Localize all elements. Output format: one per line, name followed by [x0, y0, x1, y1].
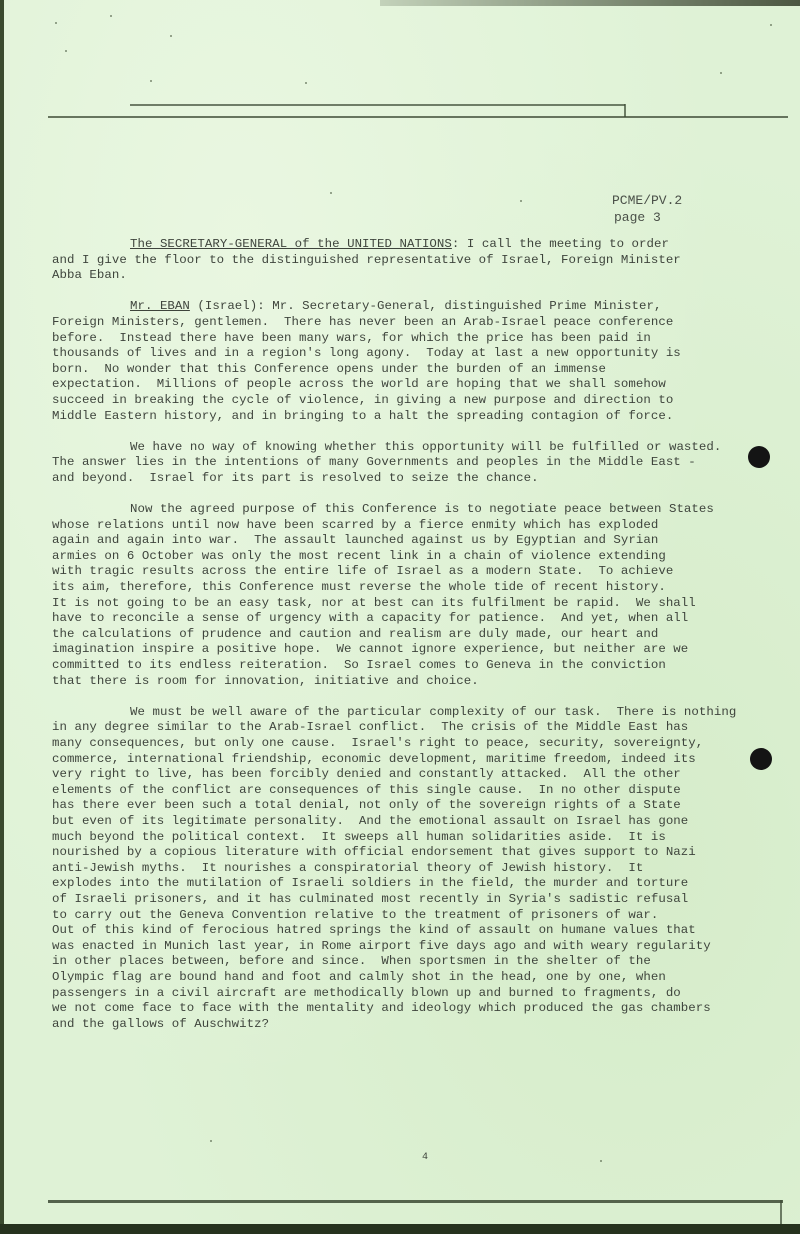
speck — [110, 15, 112, 17]
paragraph-agreed-purpose: Now the agreed purpose of this Conferenc… — [52, 502, 782, 689]
paragraph-opportunity: We have no way of knowing whether this o… — [52, 440, 782, 487]
speck — [520, 200, 522, 202]
speaker-name: The SECRETARY-GENERAL of the UNITED NATI… — [130, 237, 452, 251]
header-rule-upper — [130, 104, 625, 106]
speck — [55, 22, 57, 24]
punch-hole-lower — [750, 748, 772, 770]
header-rule — [48, 116, 788, 118]
footer-mark: 4 — [422, 1152, 428, 1163]
document-symbol: PCME/PV.2 — [612, 192, 682, 209]
footer-rule — [48, 1200, 783, 1203]
document-reference: PCME/PV.2 page 3 — [612, 192, 682, 226]
speck — [210, 1140, 212, 1142]
punch-hole-upper — [748, 446, 770, 468]
scan-edge-top — [380, 0, 800, 6]
speck — [305, 82, 307, 84]
speck — [770, 24, 772, 26]
speck — [150, 80, 152, 82]
paragraph-complexity: We must be well aware of the particular … — [52, 705, 782, 1032]
speck — [170, 35, 172, 37]
scan-edge-left — [0, 0, 4, 1234]
speck — [600, 1160, 602, 1162]
paragraph-secretary-general: The SECRETARY-GENERAL of the UNITED NATI… — [52, 237, 782, 284]
paragraph-eban-opening: Mr. EBAN (Israel): Mr. Secretary-General… — [52, 299, 782, 424]
page-label: page 3 — [612, 209, 682, 226]
speck — [330, 192, 332, 194]
speck — [720, 72, 722, 74]
speaker-name: Mr. EBAN — [130, 299, 190, 313]
speck — [65, 50, 67, 52]
document-page: PCME/PV.2 page 3 The SECRETARY-GENERAL o… — [0, 0, 800, 1234]
document-body: The SECRETARY-GENERAL of the UNITED NATI… — [52, 237, 782, 1048]
scan-edge-bottom — [0, 1224, 800, 1234]
